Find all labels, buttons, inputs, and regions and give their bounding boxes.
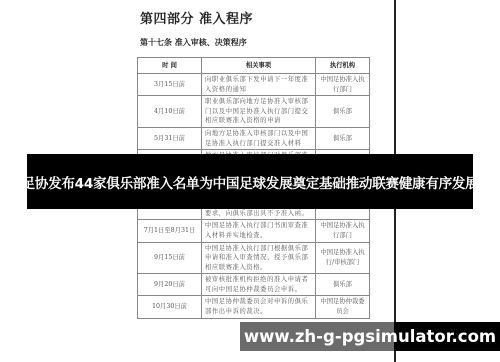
header-agency: 执行机构 (316, 58, 370, 74)
watermark-url: www.zh-g-pgsimulator.com (240, 322, 500, 351)
cell-matter: 中国足协仲裁委员会对申诉的俱乐部作出申诉的裁决。 (202, 296, 316, 318)
table-row: 9月20日前 被审核批准机构拒绝的准入申请者可向中国足协仲裁委员会申诉。 俱乐部 (138, 274, 370, 296)
table-header-row: 时 间 相关事项 执行机构 (138, 58, 370, 74)
cell-agency: 中国足协准入执行/审核部门 (316, 242, 370, 274)
cell-agency: 俱乐部 (316, 274, 370, 296)
cell-agency: 俱乐部 (316, 127, 370, 149)
cell-agency: 中国足协准入执行部门 (316, 220, 370, 242)
cell-time: 4月10日前 (138, 96, 202, 128)
header-matter: 相关事项 (202, 58, 316, 74)
cell-matter: 被审核批准机构拒绝的准入申请者可向中国足协仲裁委员会申诉。 (202, 274, 316, 296)
table-row: 3月15日前 向职业俱乐部下发申请下一年度准入资格的通知 中国足协准入执行部门 (138, 74, 370, 96)
cell-time: 7月1日至8月31日 (138, 220, 202, 242)
table-row: 5月31日前 向地方足协准入审核部门以及中国足协准入执行部门提交准入材料 俱乐部 (138, 127, 370, 149)
cell-matter: 中国足协准入执行部门书面审查准入材料并实地检查。 (202, 220, 316, 242)
cell-time: 3月15日前 (138, 74, 202, 96)
table-row: 7月1日至8月31日 中国足协准入执行部门书面审查准入材料并实地检查。 中国足协… (138, 220, 370, 242)
cell-matter: 向地方足协准入审核部门以及中国足协准入执行部门提交准入材料 (202, 127, 316, 149)
table-row: 10月30日前 中国足协仲裁委员会对申诉的俱乐部作出申诉的裁决。 中国足协仲裁委… (138, 296, 370, 318)
cell-matter: 中国足协准入执行部门根据俱乐部申请和准入审查情况，授予俱乐部相应联赛准入资格。 (202, 242, 316, 274)
cell-time: 9月20日前 (138, 274, 202, 296)
cell-agency: 俱乐部 (316, 96, 370, 128)
cell-time: 10月30日前 (138, 296, 202, 318)
part-title: 第四部分 准入程序 (140, 8, 253, 27)
table-row: 9月15日前 中国足协准入执行部门根据俱乐部申请和准入审查情况，授予俱乐部相应联… (138, 242, 370, 274)
cell-agency: 中国足协仲裁委员会 (316, 296, 370, 318)
header-time: 时 间 (138, 58, 202, 74)
cell-matter: 职业俱乐部向地方足协准入审核部门以及中国足协准入执行部门提交相应联赛准入资格的申… (202, 96, 316, 128)
cell-agency: 中国足协准入执行部门 (316, 74, 370, 96)
cell-time: 5月31日前 (138, 127, 202, 149)
cell-time: 9月15日前 (138, 242, 202, 274)
cell-matter: 向职业俱乐部下发申请下一年度准入资格的通知 (202, 74, 316, 96)
article-title: 第十七条 准入审核、决策程序 (140, 37, 247, 48)
table-row: 4月10日前 职业俱乐部向地方足协准入审核部门以及中国足协准入执行部门提交相应联… (138, 96, 370, 128)
headline-caption: 足协发布44家俱乐部准入名单为中国足球发展奠定基础推动联赛健康有序发展 (27, 154, 473, 209)
